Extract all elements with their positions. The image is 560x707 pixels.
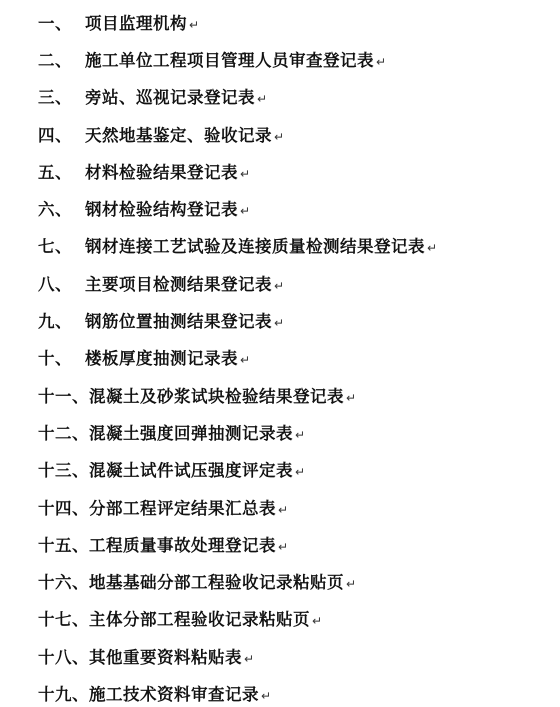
list-item-text: 材料检验结果登记表	[85, 159, 238, 183]
list-item-number: 十四、	[38, 495, 89, 519]
paragraph-mark-icon: ↵	[376, 55, 387, 69]
list-item[interactable]: 三、旁站、巡视记录登记表↵	[0, 78, 560, 115]
list-item-text: 施工单位工程项目管理人员审查登记表	[85, 47, 374, 71]
list-item-text: 楼板厚度抽测记录表	[85, 345, 238, 369]
list-item-number: 十八、	[38, 644, 89, 668]
paragraph-mark-icon: ↵	[240, 204, 251, 218]
list-item-text: 分部工程评定结果汇总表	[89, 495, 276, 519]
list-item[interactable]: 十七、主体分部工程验收记录粘贴页↵	[0, 600, 560, 637]
list-item-text: 钢材连接工艺试验及连接质量检测结果登记表	[85, 233, 425, 257]
list-item-number: 三、	[38, 84, 85, 108]
list-item-text: 钢材检验结构登记表	[85, 196, 238, 220]
paragraph-mark-icon: ↵	[240, 167, 251, 181]
paragraph-mark-icon: ↵	[261, 689, 272, 703]
paragraph-mark-icon: ↵	[295, 428, 306, 442]
paragraph-mark-icon: ↵	[346, 577, 357, 591]
list-item-text: 主要项目检测结果登记表	[85, 271, 272, 295]
paragraph-mark-icon: ↵	[257, 92, 268, 106]
list-item-number: 二、	[38, 47, 85, 71]
list-item-number: 十一、	[38, 383, 89, 407]
list-item-number: 十九、	[38, 681, 89, 705]
list-item-number: 十二、	[38, 420, 89, 444]
list-item[interactable]: 九、钢筋位置抽测结果登记表↵	[0, 301, 560, 338]
list-item-number: 十五、	[38, 532, 89, 556]
list-item-text: 混凝土试件试压强度评定表	[89, 457, 293, 481]
list-item-text: 主体分部工程验收记录粘贴页	[89, 606, 310, 630]
list-item[interactable]: 十六、地基基础分部工程验收记录粘贴页↵	[0, 562, 560, 599]
paragraph-mark-icon: ↵	[274, 316, 285, 330]
list-item-text: 混凝土强度回弹抽测记录表	[89, 420, 293, 444]
list-item-number: 十三、	[38, 457, 89, 481]
paragraph-mark-icon: ↵	[274, 279, 285, 293]
list-item-text: 地基基础分部工程验收记录粘贴页	[89, 569, 344, 593]
list-item[interactable]: 四、天然地基鉴定、验收记录↵	[0, 115, 560, 152]
paragraph-mark-icon: ↵	[274, 130, 285, 144]
list-item-number: 十、	[38, 345, 85, 369]
list-item-number: 七、	[38, 233, 85, 257]
paragraph-mark-icon: ↵	[295, 465, 306, 479]
list-item[interactable]: 二、施工单位工程项目管理人员审查登记表↵	[0, 40, 560, 77]
list-item-number: 九、	[38, 308, 85, 332]
list-item[interactable]: 十一、混凝土及砂浆试块检验结果登记表↵	[0, 376, 560, 413]
list-item-number: 六、	[38, 196, 85, 220]
list-item-text: 混凝土及砂浆试块检验结果登记表	[89, 383, 344, 407]
paragraph-mark-icon: ↵	[427, 241, 438, 255]
paragraph-mark-icon: ↵	[244, 652, 255, 666]
paragraph-mark-icon: ↵	[240, 353, 251, 367]
paragraph-mark-icon: ↵	[189, 18, 200, 32]
list-item[interactable]: 十四、分部工程评定结果汇总表↵	[0, 488, 560, 525]
list-item-number: 一、	[38, 10, 85, 34]
list-item-number: 十六、	[38, 569, 89, 593]
list-item-text: 旁站、巡视记录登记表	[85, 84, 255, 108]
document-page: 一、项目监理机构↵ 二、施工单位工程项目管理人员审查登记表↵ 三、旁站、巡视记录…	[0, 0, 560, 707]
paragraph-mark-icon: ↵	[346, 391, 357, 405]
list-item-text: 工程质量事故处理登记表	[89, 532, 276, 556]
list-item-number: 五、	[38, 159, 85, 183]
list-item[interactable]: 八、主要项目检测结果登记表↵	[0, 264, 560, 301]
list-item[interactable]: 五、材料检验结果登记表↵	[0, 152, 560, 189]
list-item[interactable]: 十五、工程质量事故处理登记表↵	[0, 525, 560, 562]
paragraph-mark-icon: ↵	[278, 540, 289, 554]
list-item-number: 八、	[38, 271, 85, 295]
toc-list: 一、项目监理机构↵ 二、施工单位工程项目管理人员审查登记表↵ 三、旁站、巡视记录…	[0, 3, 560, 707]
list-item[interactable]: 十九、施工技术资料审查记录↵	[0, 674, 560, 707]
list-item[interactable]: 十三、混凝土试件试压强度评定表↵	[0, 451, 560, 488]
list-item[interactable]: 一、项目监理机构↵	[0, 3, 560, 40]
list-item[interactable]: 七、钢材连接工艺试验及连接质量检测结果登记表↵	[0, 227, 560, 264]
list-item-text: 其他重要资料粘贴表	[89, 644, 242, 668]
list-item[interactable]: 十、楼板厚度抽测记录表↵	[0, 339, 560, 376]
list-item-text: 施工技术资料审查记录	[89, 681, 259, 705]
list-item-text: 钢筋位置抽测结果登记表	[85, 308, 272, 332]
list-item[interactable]: 十二、混凝土强度回弹抽测记录表↵	[0, 413, 560, 450]
paragraph-mark-icon: ↵	[278, 503, 289, 517]
list-item-number: 十七、	[38, 606, 89, 630]
list-item[interactable]: 十八、其他重要资料粘贴表↵	[0, 637, 560, 674]
list-item-text: 项目监理机构	[85, 10, 187, 34]
paragraph-mark-icon: ↵	[312, 614, 323, 628]
list-item-text: 天然地基鉴定、验收记录	[85, 122, 272, 146]
list-item[interactable]: 六、钢材检验结构登记表↵	[0, 189, 560, 226]
list-item-number: 四、	[38, 122, 85, 146]
